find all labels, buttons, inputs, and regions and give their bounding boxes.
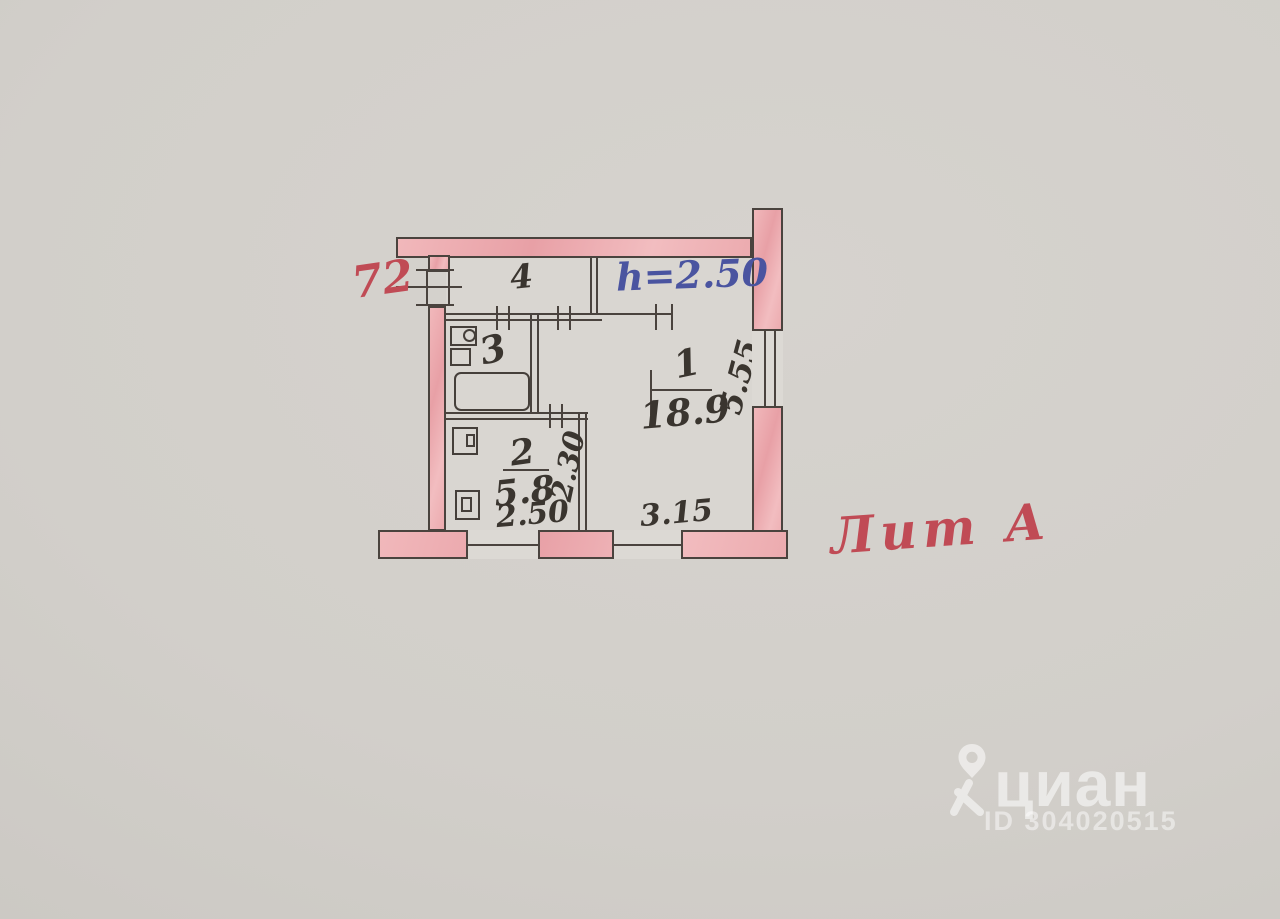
room-4-number: 4 bbox=[508, 259, 534, 294]
wall-bottom bbox=[378, 530, 788, 559]
litera-label: Лит А bbox=[829, 496, 1054, 561]
wall-left bbox=[428, 306, 446, 531]
entry-rung-top bbox=[416, 269, 454, 271]
room-2-bottom-dimension: 2.50 bbox=[495, 497, 570, 533]
ceiling-height-note: h=2.50 bbox=[615, 253, 768, 296]
bathtub-fixture bbox=[454, 372, 530, 411]
sink-fixture bbox=[450, 348, 471, 366]
entry-rail-right bbox=[448, 270, 450, 306]
window-bottom-kitchen bbox=[466, 530, 540, 559]
door-tick bbox=[655, 304, 657, 330]
window-bottom-room bbox=[612, 530, 683, 559]
scanned-floorplan-page: 72 h=2.50 4 3 1 18.9 5.55 3.15 2 5.8 2.3… bbox=[0, 0, 1280, 919]
partition-bath-right bbox=[530, 315, 539, 414]
watermark-listing-id: ID 304020515 bbox=[984, 806, 1178, 837]
door-tick bbox=[569, 306, 571, 330]
door-tick bbox=[671, 304, 673, 330]
door-tick bbox=[557, 306, 559, 330]
kitchen-sink-detail bbox=[466, 434, 475, 447]
door-tick bbox=[549, 404, 551, 428]
room-1-bottom-dimension: 3.15 bbox=[639, 496, 714, 532]
stove-detail bbox=[461, 497, 472, 512]
partition-kitchen-top bbox=[446, 412, 588, 420]
door-tick bbox=[508, 306, 510, 330]
partition-hall-bottom bbox=[446, 313, 602, 321]
window-right bbox=[752, 329, 783, 408]
apartment-number-label: 72 bbox=[349, 254, 416, 306]
partition-hall-extension bbox=[602, 313, 673, 315]
entry-rung-bottom bbox=[416, 304, 454, 306]
room-2-number: 2 bbox=[508, 433, 537, 471]
partition-hall-right bbox=[590, 258, 598, 315]
entry-rail-left bbox=[426, 270, 428, 306]
